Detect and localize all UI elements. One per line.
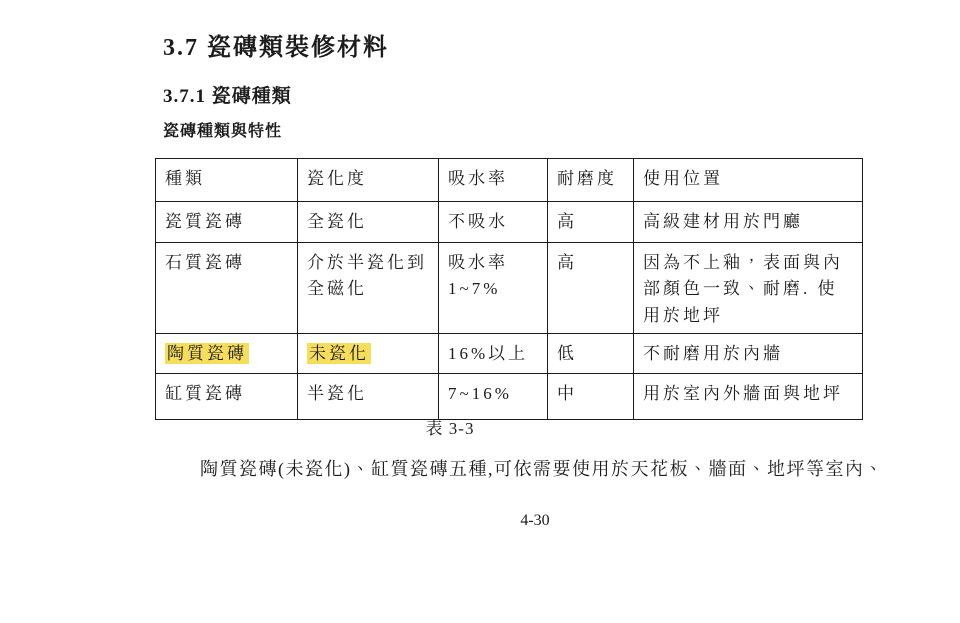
table-header-cell: 使用位置 (634, 159, 863, 202)
table-cell: 用於室內外牆面與地坪 (634, 374, 863, 420)
table-cell: 吸水率 1~7% (439, 243, 548, 334)
tile-types-table: 種類 瓷化度 吸水率 耐磨度 使用位置 瓷質瓷磚 全瓷化 不吸水 高 高級建材用… (155, 158, 863, 420)
table-cell: 16%以上 (439, 334, 548, 374)
page-number: 4-30 (495, 512, 575, 530)
table-header-cell: 耐磨度 (548, 159, 634, 202)
table-header-cell: 瓷化度 (298, 159, 439, 202)
table-header-cell: 吸水率 (439, 159, 548, 202)
table-cell: 高 (548, 243, 634, 334)
table-row: 缸質瓷磚 半瓷化 7~16% 中 用於室內外牆面與地坪 (156, 374, 863, 420)
table-row-highlighted: 陶質瓷磚 未瓷化 16%以上 低 不耐磨用於內牆 (156, 334, 863, 374)
section-heading: 3.7 瓷磚類裝修材料 (163, 27, 389, 62)
table-title-heading: 瓷磚種類與特性 (163, 118, 282, 141)
table-cell: 石質瓷磚 (156, 243, 298, 334)
table-cell: 7~16% (439, 374, 548, 420)
table-cell: 缸質瓷磚 (156, 374, 298, 420)
body-paragraph: 陶質瓷磚(未瓷化)、缸質瓷磚五種,可依需要使用於天花板、牆面、地坪等室內、 (200, 455, 884, 481)
table-row: 石質瓷磚 介於半瓷化到全磁化 吸水率 1~7% 高 因為不上釉，表面與內部顏色一… (156, 243, 863, 334)
highlight-mark: 陶質瓷磚 (165, 343, 249, 364)
table-cell: 半瓷化 (298, 374, 439, 420)
table-cell: 未瓷化 (298, 334, 439, 374)
table-cell: 介於半瓷化到全磁化 (298, 243, 439, 334)
document-page: 3.7 瓷磚類裝修材料 3.7.1 瓷磚種類 瓷磚種類與特性 種類 瓷化度 吸水… (0, 0, 960, 623)
table-header-cell: 種類 (156, 159, 298, 202)
table-cell: 低 (548, 334, 634, 374)
table-cell: 中 (548, 374, 634, 420)
table-cell: 全瓷化 (298, 202, 439, 243)
table-row: 瓷質瓷磚 全瓷化 不吸水 高 高級建材用於門廳 (156, 202, 863, 243)
table-cell: 不吸水 (439, 202, 548, 243)
table-cell: 陶質瓷磚 (156, 334, 298, 374)
table-cell: 因為不上釉，表面與內部顏色一致、耐磨. 使用於地坪 (634, 243, 863, 334)
highlight-mark: 未瓷化 (307, 343, 371, 364)
subsection-heading: 3.7.1 瓷磚種類 (163, 81, 292, 108)
table-cell: 高 (548, 202, 634, 243)
table-cell: 不耐磨用於內牆 (634, 334, 863, 374)
table-cell: 高級建材用於門廳 (634, 202, 863, 243)
table-cell: 瓷質瓷磚 (156, 202, 298, 243)
table-header-row: 種類 瓷化度 吸水率 耐磨度 使用位置 (156, 159, 863, 202)
table-caption: 表 3-3 (155, 414, 745, 439)
